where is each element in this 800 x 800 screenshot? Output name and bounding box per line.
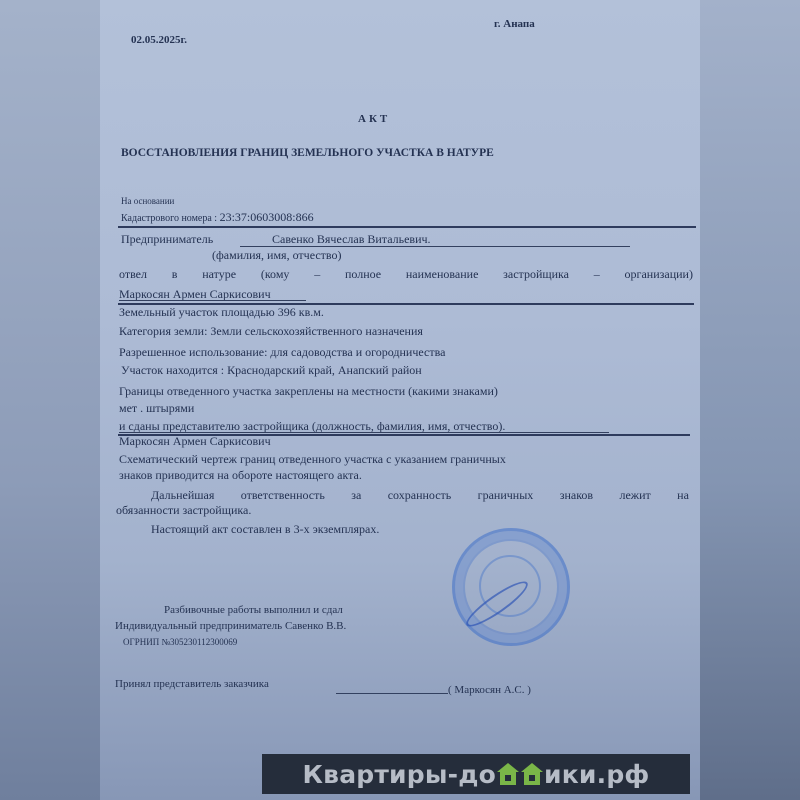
responsibility-word: сохранность: [388, 488, 452, 502]
boundaries-text: Границы отведенного участка закреплены н…: [119, 384, 498, 398]
developer-name: Маркосян Армен Саркисович: [119, 287, 271, 301]
allotted-word: застройщика: [503, 267, 569, 281]
cadastral-label: Кадастрового номера :: [121, 213, 217, 224]
cadastral-row: Кадастрового номера : 23:37:0603008:866: [121, 210, 314, 226]
allotted-word: (кому: [261, 267, 290, 281]
watermark-logo: Квартиры-до ики.рф: [262, 754, 690, 794]
works-done-text: Разбивочные работы выполнил и сдал: [164, 603, 343, 617]
responsibility-word: на: [677, 488, 689, 502]
responsibility-word: лежит: [619, 488, 650, 502]
allotted-word: –: [594, 267, 600, 281]
markers-text: мет . штырями: [119, 401, 194, 415]
ip-text: Индивидуальный предприниматель Савенко В…: [115, 619, 346, 633]
allotted-word: организации): [625, 267, 693, 281]
allotted-word: наименование: [406, 267, 479, 281]
cadastral-number: 23:37:0603008:866: [220, 210, 314, 224]
customer-name: ( Маркосян А.С. ): [448, 683, 531, 697]
handed-over-underline: [119, 432, 609, 433]
fio-hint: (фамилия, имя, отчество): [212, 248, 341, 262]
plot-location: Участок находится : Краснодарский край, …: [121, 363, 422, 377]
copies-text: Настоящий акт составлен в 3-х экземпляра…: [151, 522, 379, 536]
allotted-line: отвелвнатуре(кому–полноенаименованиезаст…: [119, 267, 693, 281]
responsibility-word: знаков: [560, 488, 593, 502]
entrepreneur-label: Предприниматель: [121, 232, 213, 246]
background-right: [700, 0, 800, 800]
document-date: 02.05.2025г.: [131, 33, 187, 47]
allotted-word: –: [314, 267, 320, 281]
responsibility-word: ответственность: [241, 488, 325, 502]
house-icon: [521, 763, 543, 785]
responsibility-line-2: обязанности застройщика.: [116, 503, 251, 517]
watermark-text-1: Квартиры-до: [303, 760, 496, 789]
developer-underline: [119, 300, 306, 301]
allotted-word: в: [172, 267, 178, 281]
handed-over-text: и сданы представителю застройщика (должн…: [119, 419, 505, 433]
plot-area: Земельный участок площадью 396 кв.м.: [119, 305, 324, 319]
document-subtitle: ВОССТАНОВЛЕНИЯ ГРАНИЦ ЗЕМЕЛЬНОГО УЧАСТКА…: [121, 146, 494, 160]
basis-label: На основании: [121, 194, 174, 208]
document-city: г. Анапа: [494, 17, 535, 31]
background-left: [0, 0, 100, 800]
watermark-text-2: ики.рф: [544, 760, 649, 789]
document-title: АКТ: [358, 112, 390, 126]
responsibility-word: за: [351, 488, 361, 502]
land-category: Категория земли: Земли сельскохозяйствен…: [119, 324, 423, 338]
schematic-line-1: Схематический чертеж границ отведенного …: [119, 452, 506, 466]
accepted-text: Принял представитель заказчика: [115, 677, 269, 691]
responsibility-word: граничных: [478, 488, 534, 502]
allotted-word: полное: [345, 267, 381, 281]
ogrnip-text: ОГРНИП №305230112300069: [123, 635, 237, 649]
divider: [118, 226, 696, 228]
responsibility-line: Дальнейшаяответственностьзасохранностьгр…: [151, 488, 689, 502]
allotted-word: отвел: [119, 267, 147, 281]
representative-name: Маркосян Армен Саркисович: [119, 434, 271, 448]
permitted-use: Разрешенное использование: для садоводст…: [119, 345, 445, 359]
signature-line: [336, 693, 448, 694]
house-icon: [497, 763, 519, 785]
entrepreneur-name: Савенко Вячеслав Витальевич.: [272, 232, 431, 246]
responsibility-word: Дальнейшая: [151, 488, 214, 502]
allotted-word: натуре: [202, 267, 236, 281]
schematic-line-2: знаков приводится на обороте настоящего …: [119, 468, 362, 482]
entrepreneur-underline: [240, 246, 630, 247]
